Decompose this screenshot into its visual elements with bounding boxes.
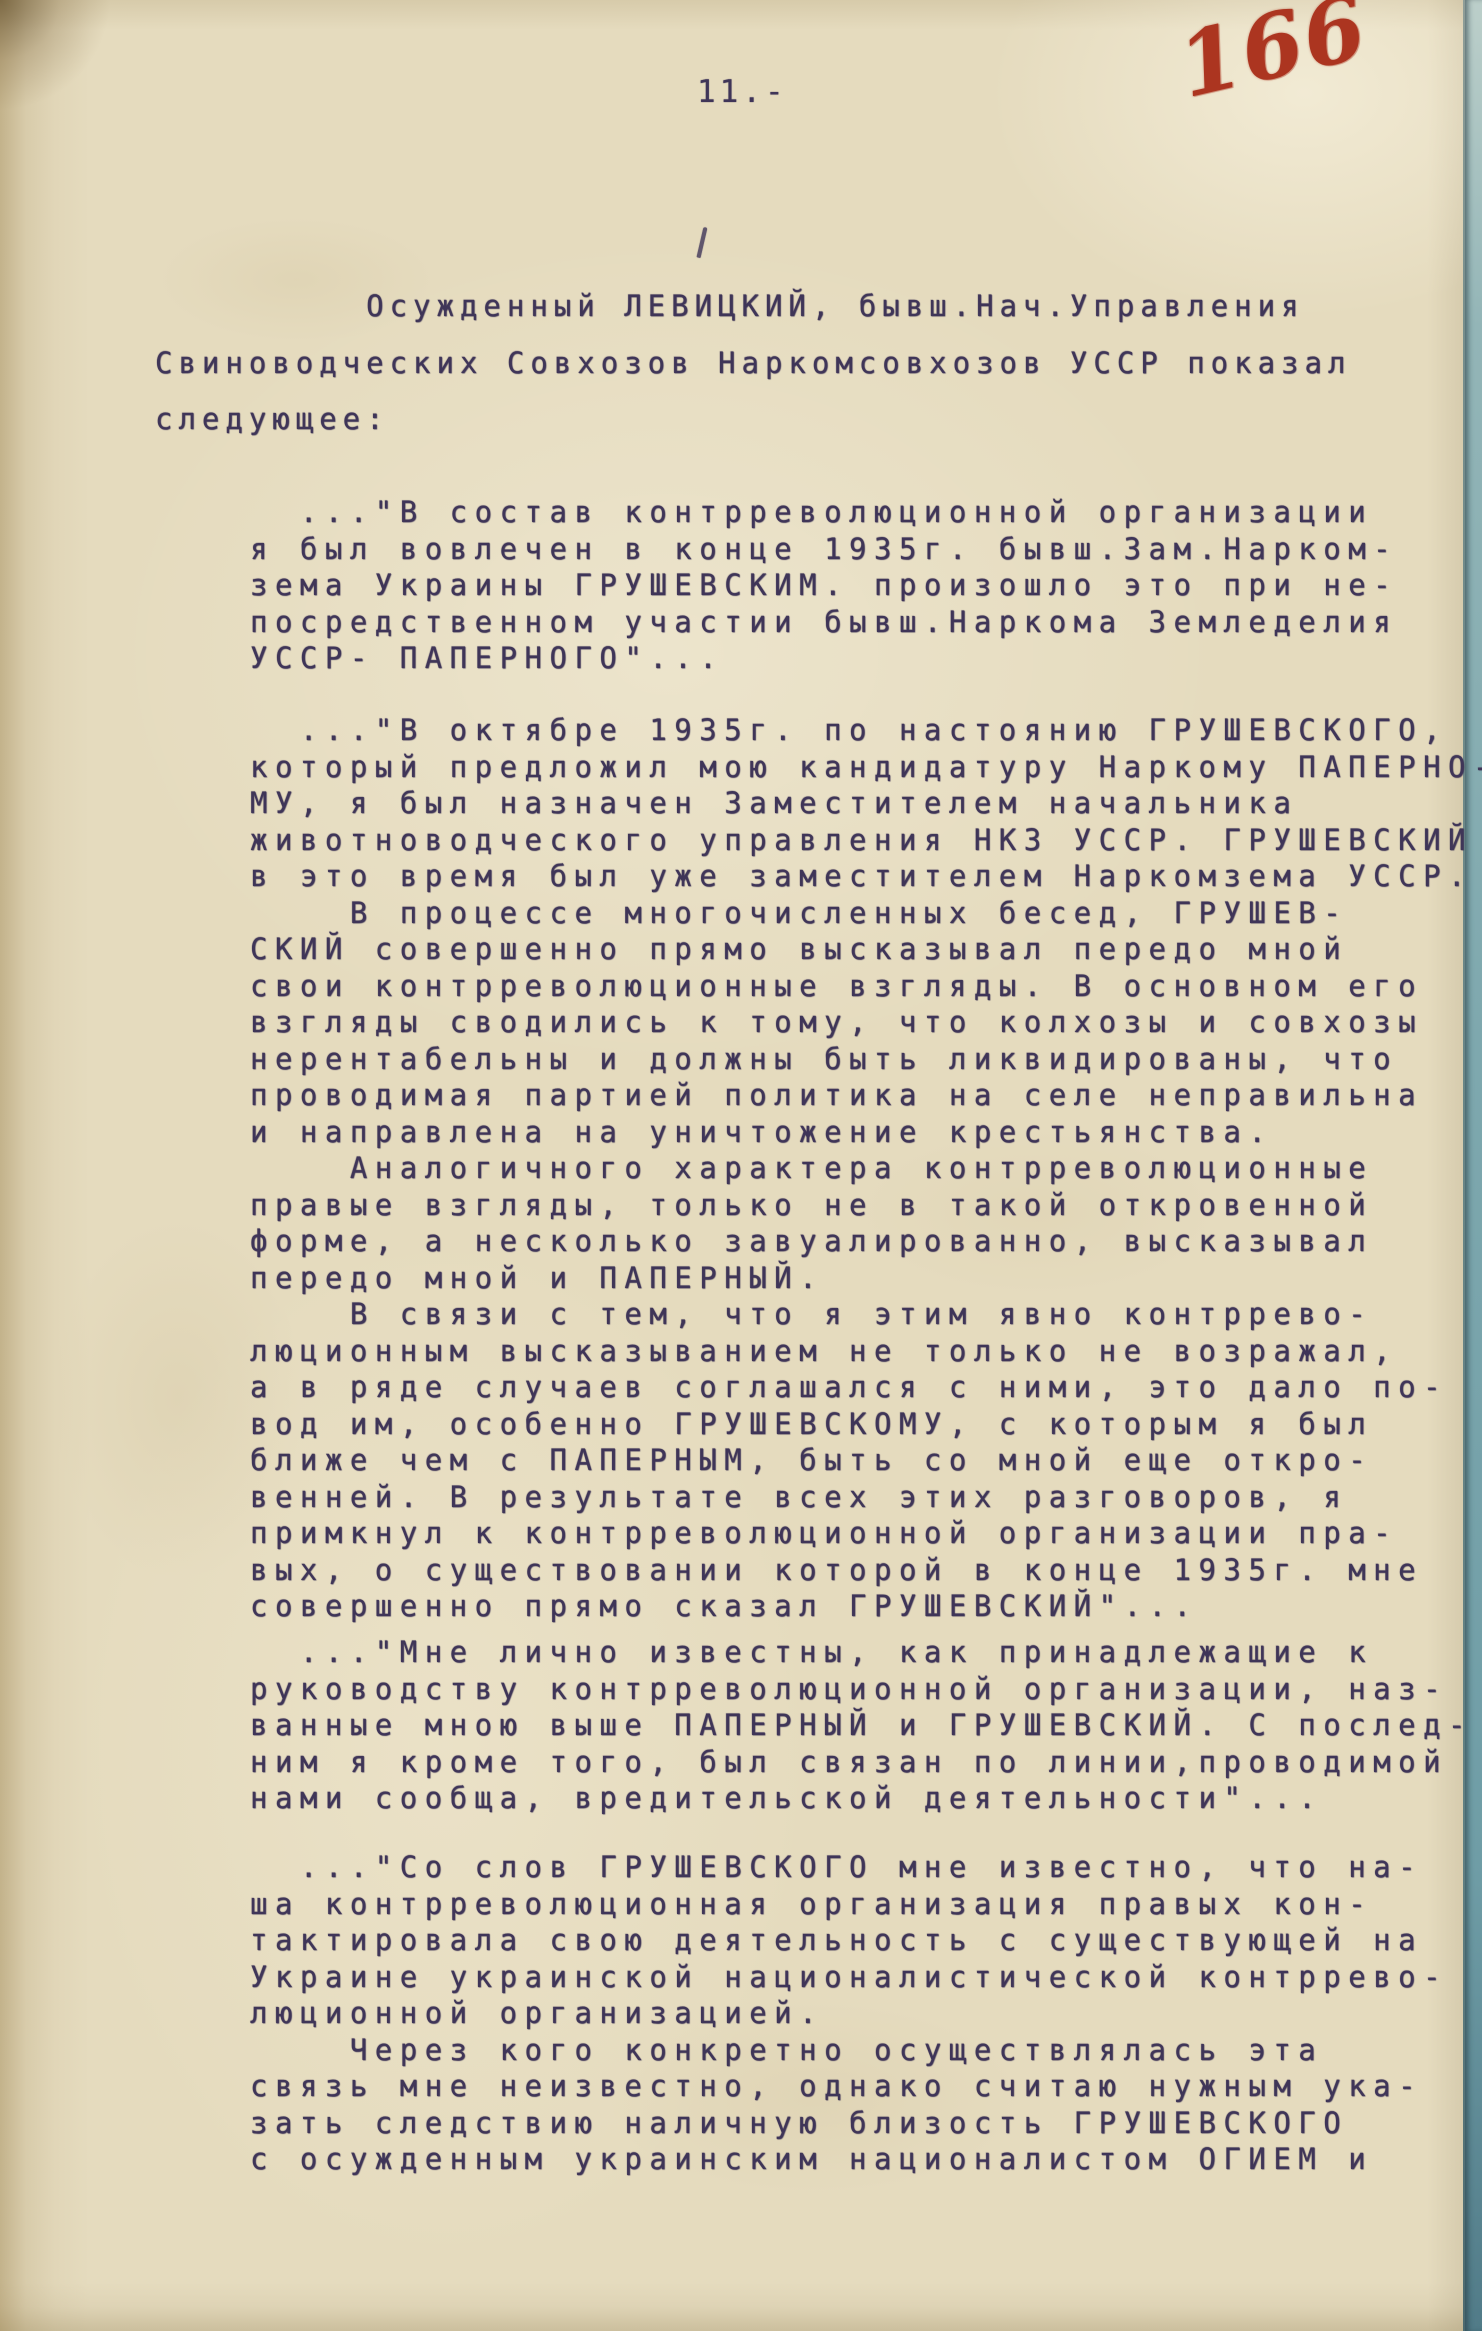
text-line: а в ряде случаев соглашался с ними, это … — [250, 1369, 1482, 1406]
text-line: вод им, особенно ГРУШЕВСКОМУ, с которым … — [250, 1406, 1482, 1443]
text-line: Свиноводческих Совхозов Наркомсовхозов У… — [155, 335, 1351, 392]
text-line: зема Украины ГРУШЕВСКИМ. произошло это п… — [250, 567, 1398, 604]
text-line: Осужденный ЛЕВИЦКИЙ, бывш.Нач.Управления — [155, 278, 1351, 335]
text-line: ..."Мне лично известны, как принадлежащи… — [250, 1634, 1473, 1671]
text-line: совершенно прямо сказал ГРУШЕВСКИЙ"... — [250, 1588, 1482, 1625]
text-line: посредственном участии бывш.Наркома Земл… — [250, 604, 1398, 641]
quote-paragraph-2: ..."В октябре 1935г. по настоянию ГРУШЕВ… — [250, 712, 1482, 1625]
text-line: связь мне неизвестно, однако считаю нужн… — [250, 2068, 1448, 2105]
archival-page-number: 166 — [1171, 0, 1376, 110]
text-line: Украине украинской националистической ко… — [250, 1959, 1448, 1996]
quote-paragraph-1: ..."В состав контрреволюционной организа… — [250, 494, 1398, 677]
text-line: нерентабельны и должны быть ликвидирован… — [250, 1041, 1482, 1078]
text-line: ..."Со слов ГРУШЕВСКОГО мне известно, чт… — [250, 1849, 1448, 1886]
text-line: передо мной и ПАПЕРНЫЙ. — [250, 1260, 1482, 1297]
text-line: я был вовлечен в конце 1935г. бывш.Зам.Н… — [250, 531, 1398, 568]
text-line: ближе чем с ПАПЕРНЫМ, быть со мной еще о… — [250, 1442, 1482, 1479]
quote-paragraph-4: ..."Со слов ГРУШЕВСКОГО мне известно, чт… — [250, 1849, 1448, 2178]
text-line: нами сообща, вредительской деятельности"… — [250, 1780, 1473, 1817]
text-line: проводимая партией политика на селе непр… — [250, 1077, 1482, 1114]
text-line: венней. В результате всех этих разговоро… — [250, 1479, 1482, 1516]
text-line: взгляды сводились к тому, что колхозы и … — [250, 1004, 1482, 1041]
text-line: животноводческого управления НКЗ УССР. Г… — [250, 822, 1482, 859]
text-line: В процессе многочисленных бесед, ГРУШЕВ- — [250, 895, 1482, 932]
scanned-document-page: 166 11.- Осужденный ЛЕВИЦКИЙ, бывш.Нач.У… — [0, 0, 1482, 2331]
text-line: следующее: — [155, 391, 1351, 448]
text-line: люционным высказыванием не только не воз… — [250, 1333, 1482, 1370]
text-line: ..."В состав контрреволюционной организа… — [250, 494, 1398, 531]
text-line: ша контрреволюционная организация правых… — [250, 1886, 1448, 1923]
text-line: люционной организацией. — [250, 1995, 1448, 2032]
text-line: зать следствию наличную близость ГРУШЕВС… — [250, 2105, 1448, 2142]
text-line: Через кого конкретно осуществлялась эта — [250, 2032, 1448, 2069]
pen-stroke-mark — [697, 227, 708, 258]
text-line: правые взгляды, только не в такой откров… — [250, 1187, 1482, 1224]
text-line: руководству контрреволюционной организац… — [250, 1671, 1473, 1708]
text-line: который предложил мою кандидатуру Нарком… — [250, 749, 1482, 786]
text-line: ним я кроме того, был связан по линии,пр… — [250, 1744, 1473, 1781]
text-line: вых, о существовании которой в конце 193… — [250, 1552, 1482, 1589]
text-line: В связи с тем, что я этим явно контррево… — [250, 1296, 1482, 1333]
text-line: в это время был уже заместителем Наркомз… — [250, 858, 1482, 895]
text-line: МУ, я был назначен Заместителем начальни… — [250, 785, 1482, 822]
text-line: примкнул к контрреволюционной организаци… — [250, 1515, 1482, 1552]
page-number: 11.- — [697, 74, 788, 110]
text-line: СКИЙ совершенно прямо высказывал передо … — [250, 931, 1482, 968]
text-line: ванные мною выше ПАПЕРНЫЙ и ГРУШЕВСКИЙ. … — [250, 1707, 1473, 1744]
text-line: ..."В октябре 1935г. по настоянию ГРУШЕВ… — [250, 712, 1482, 749]
text-line: с осужденным украинским националистом ОГ… — [250, 2141, 1448, 2178]
text-line: тактировала свою деятельность с существу… — [250, 1922, 1448, 1959]
text-line: свои контрреволюционные взгляды. В основ… — [250, 968, 1482, 1005]
text-line: форме, а несколько завуалированно, выска… — [250, 1223, 1482, 1260]
text-line: и направлена на уничтожение крестьянства… — [250, 1114, 1482, 1151]
quote-paragraph-3: ..."Мне лично известны, как принадлежащи… — [250, 1634, 1473, 1817]
intro-paragraph: Осужденный ЛЕВИЦКИЙ, бывш.Нач.Управления… — [155, 278, 1351, 448]
text-line: Аналогичного характера контрреволюционны… — [250, 1150, 1482, 1187]
text-line: УССР- ПАПЕРНОГО"... — [250, 640, 1398, 677]
